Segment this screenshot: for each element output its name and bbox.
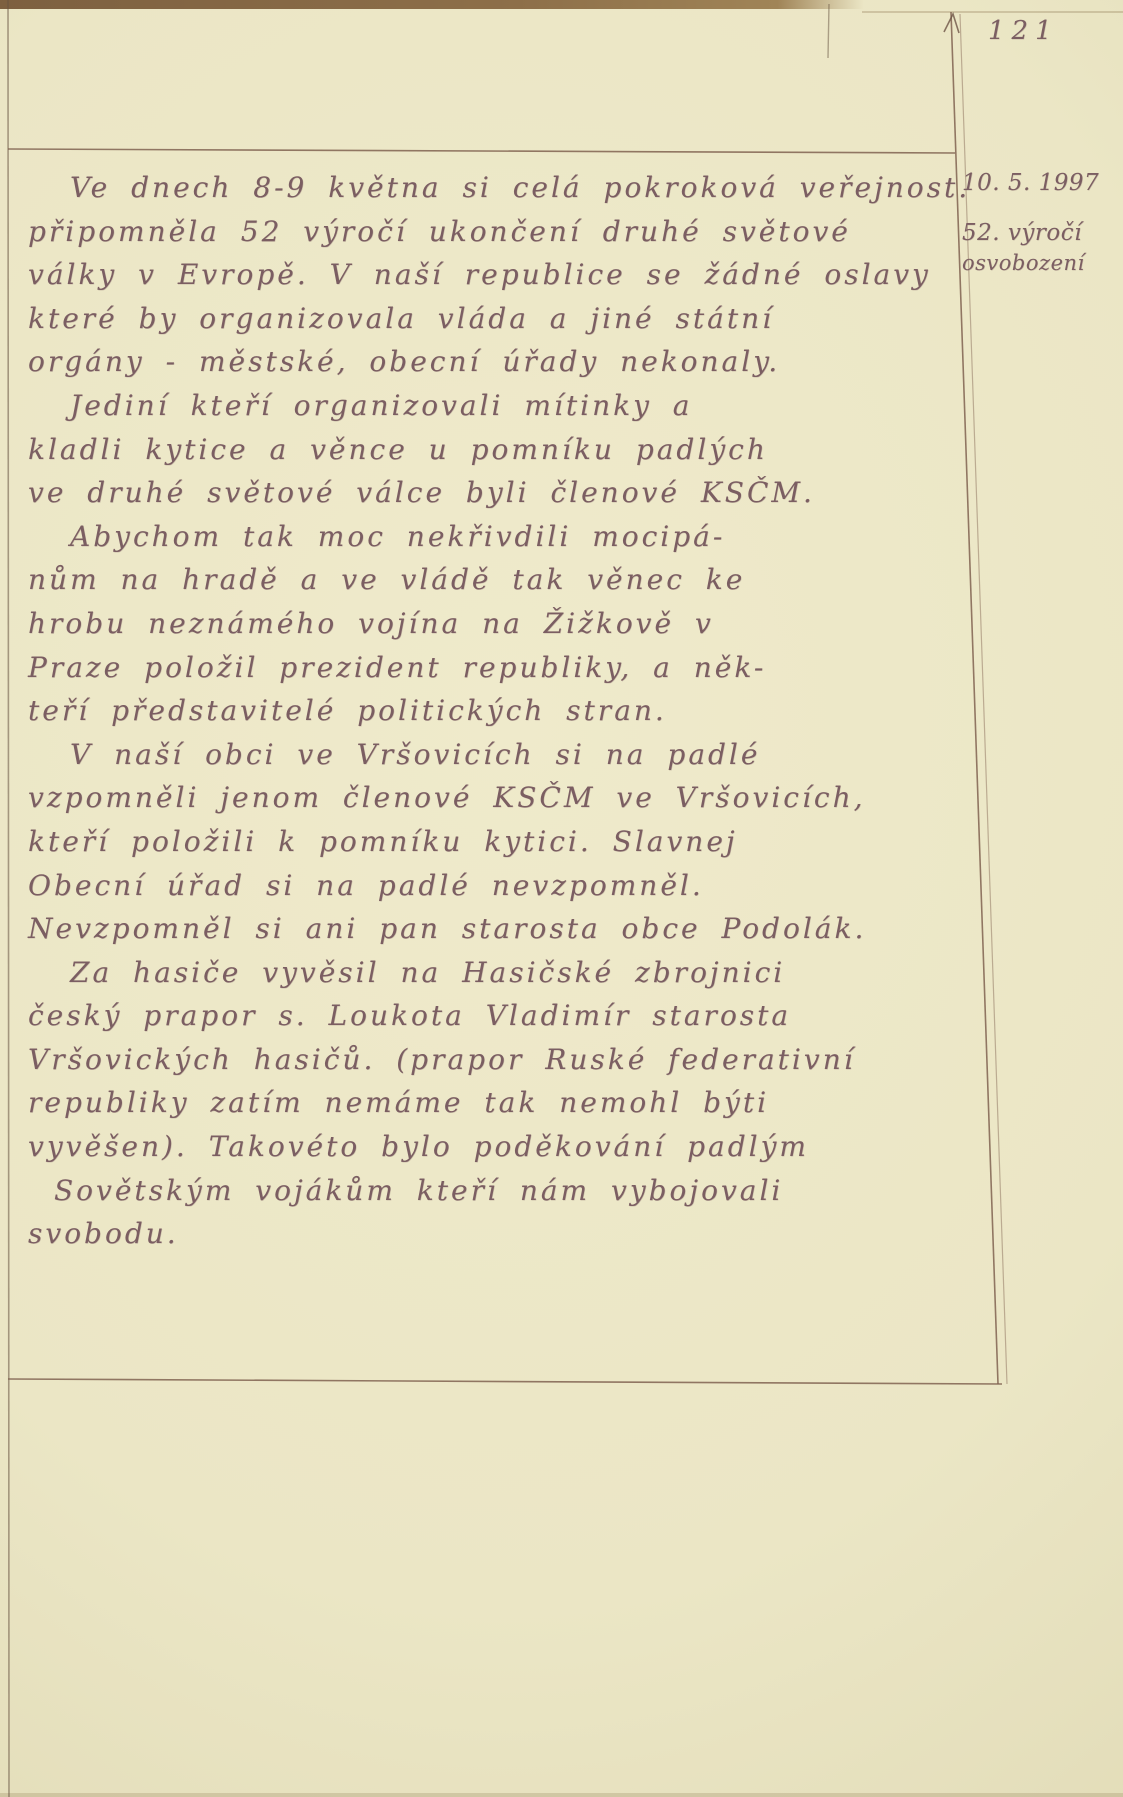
handwritten-line: svobodu. — [28, 1212, 1038, 1256]
left-edge-line — [8, 0, 9, 1797]
handwritten-line: Jediní kteří organizovali mítinky a — [28, 384, 1038, 428]
handwritten-line: kladli kytice a věnce u pomníku padlých — [28, 428, 1038, 472]
page-bottom-edge — [0, 1793, 1123, 1797]
handwritten-line: český prapor s. Loukota Vladimír starost… — [28, 994, 1038, 1038]
handwritten-line: Sovětským vojákům kteří nám vybojovali — [28, 1169, 1038, 1213]
handwritten-line: republiky zatím nemáme tak nemohl býti — [28, 1081, 1038, 1125]
handwritten-line: Nevzpomněl si ani pan starosta obce Podo… — [28, 907, 1038, 951]
handwritten-line: nům na hradě a ve vládě tak věnec ke — [28, 558, 1038, 602]
handwritten-line: Abychom tak moc nekřivdili mocipá- — [28, 515, 1038, 559]
handwritten-line: ve druhé světové válce byli členové KSČM… — [28, 471, 1038, 515]
handwritten-line: Ve dnech 8-9 května si celá pokroková ve… — [28, 166, 1038, 210]
handwritten-line: války v Evropě. V naší republice se žádn… — [28, 253, 1038, 297]
handwritten-line: vzpomněli jenom členové KSČM ve Vršovicí… — [28, 776, 1038, 820]
handwritten-text-block: Ve dnech 8-9 května si celá pokroková ve… — [28, 166, 1038, 1256]
handwritten-line: které by organizovala vláda a jiné státn… — [28, 297, 1038, 341]
handwritten-line: Praze položil prezident republiky, a něk… — [28, 646, 1038, 690]
handwritten-line: teří představitelé politických stran. — [28, 689, 1038, 733]
handwritten-line: orgány - městské, obecní úřady nekonaly. — [28, 340, 1038, 384]
top-crease-mark — [828, 4, 829, 58]
handwritten-line: Vršovických hasičů. (prapor Ruské federa… — [28, 1038, 1038, 1082]
bottom-ruling-line — [8, 1379, 1002, 1384]
page-top-edge — [0, 0, 864, 9]
handwritten-line: Obecní úřad si na padlé nevzpomněl. — [28, 864, 1038, 908]
page-number: 121 — [988, 16, 1059, 46]
handwritten-line: Za hasiče vyvěsil na Hasičské zbrojnici — [28, 951, 1038, 995]
handwritten-line: připomněla 52 výročí ukončení druhé svět… — [28, 210, 1038, 254]
handwritten-line: hrobu neznámého vojína na Žižkově v — [28, 602, 1038, 646]
handwritten-line: V naší obci ve Vršovicích si na padlé — [28, 733, 1038, 777]
page-top-edge-right — [862, 11, 1123, 13]
chronicle-page: 121 10. 5. 1997 52. výročí osvobození Ve… — [0, 0, 1123, 1797]
margin-line-caret-mark — [944, 14, 959, 33]
top-ruling-line — [8, 149, 955, 153]
handwritten-line: vyvěšen). Takovéto bylo poděkování padlý… — [28, 1125, 1038, 1169]
handwritten-line: kteří položili k pomníku kytici. Slavnej — [28, 820, 1038, 864]
